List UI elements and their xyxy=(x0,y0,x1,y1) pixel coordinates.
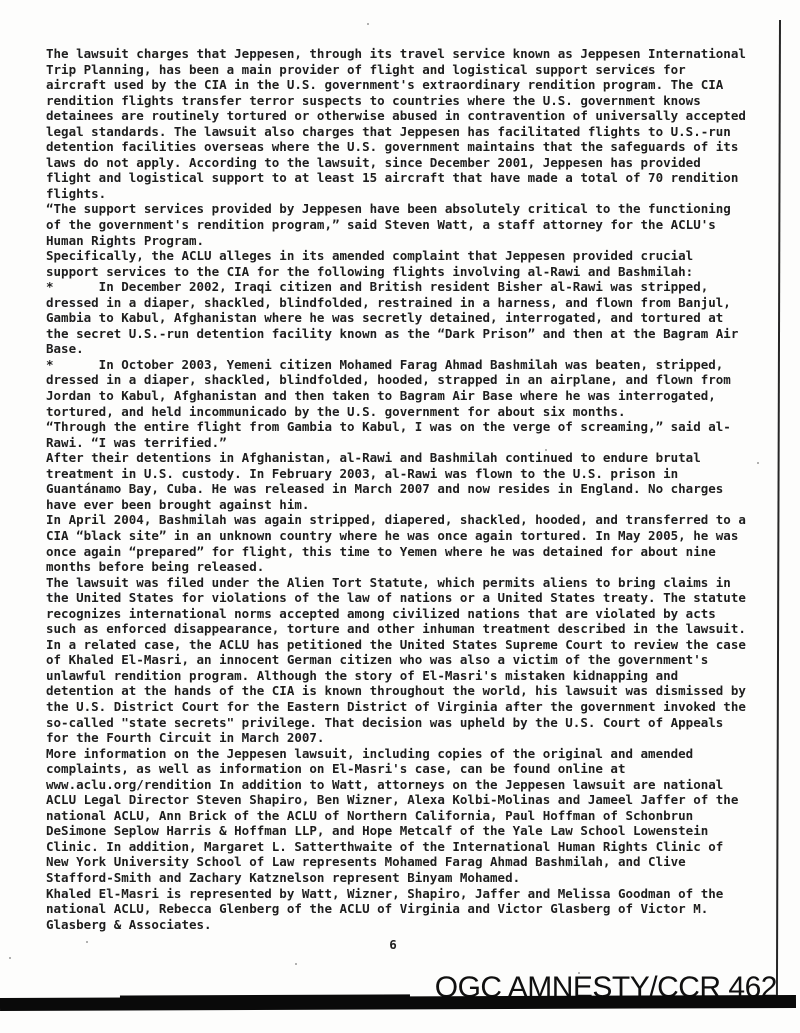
scan-speck xyxy=(295,963,297,965)
scanned-document-page: The lawsuit charges that Jeppesen, throu… xyxy=(0,0,800,1033)
scan-edge-bar-bottom xyxy=(0,995,796,1011)
scan-speck xyxy=(646,66,648,68)
page-number: 6 xyxy=(368,937,418,952)
scan-speck xyxy=(757,462,759,464)
scan-speck xyxy=(86,941,88,943)
scan-speck xyxy=(545,449,547,451)
document-body-text: The lawsuit charges that Jeppesen, throu… xyxy=(46,46,772,932)
scan-edge-line-vertical xyxy=(776,20,781,1002)
scan-speck xyxy=(367,23,369,25)
scan-speck xyxy=(578,972,580,974)
scan-speck xyxy=(9,957,11,959)
